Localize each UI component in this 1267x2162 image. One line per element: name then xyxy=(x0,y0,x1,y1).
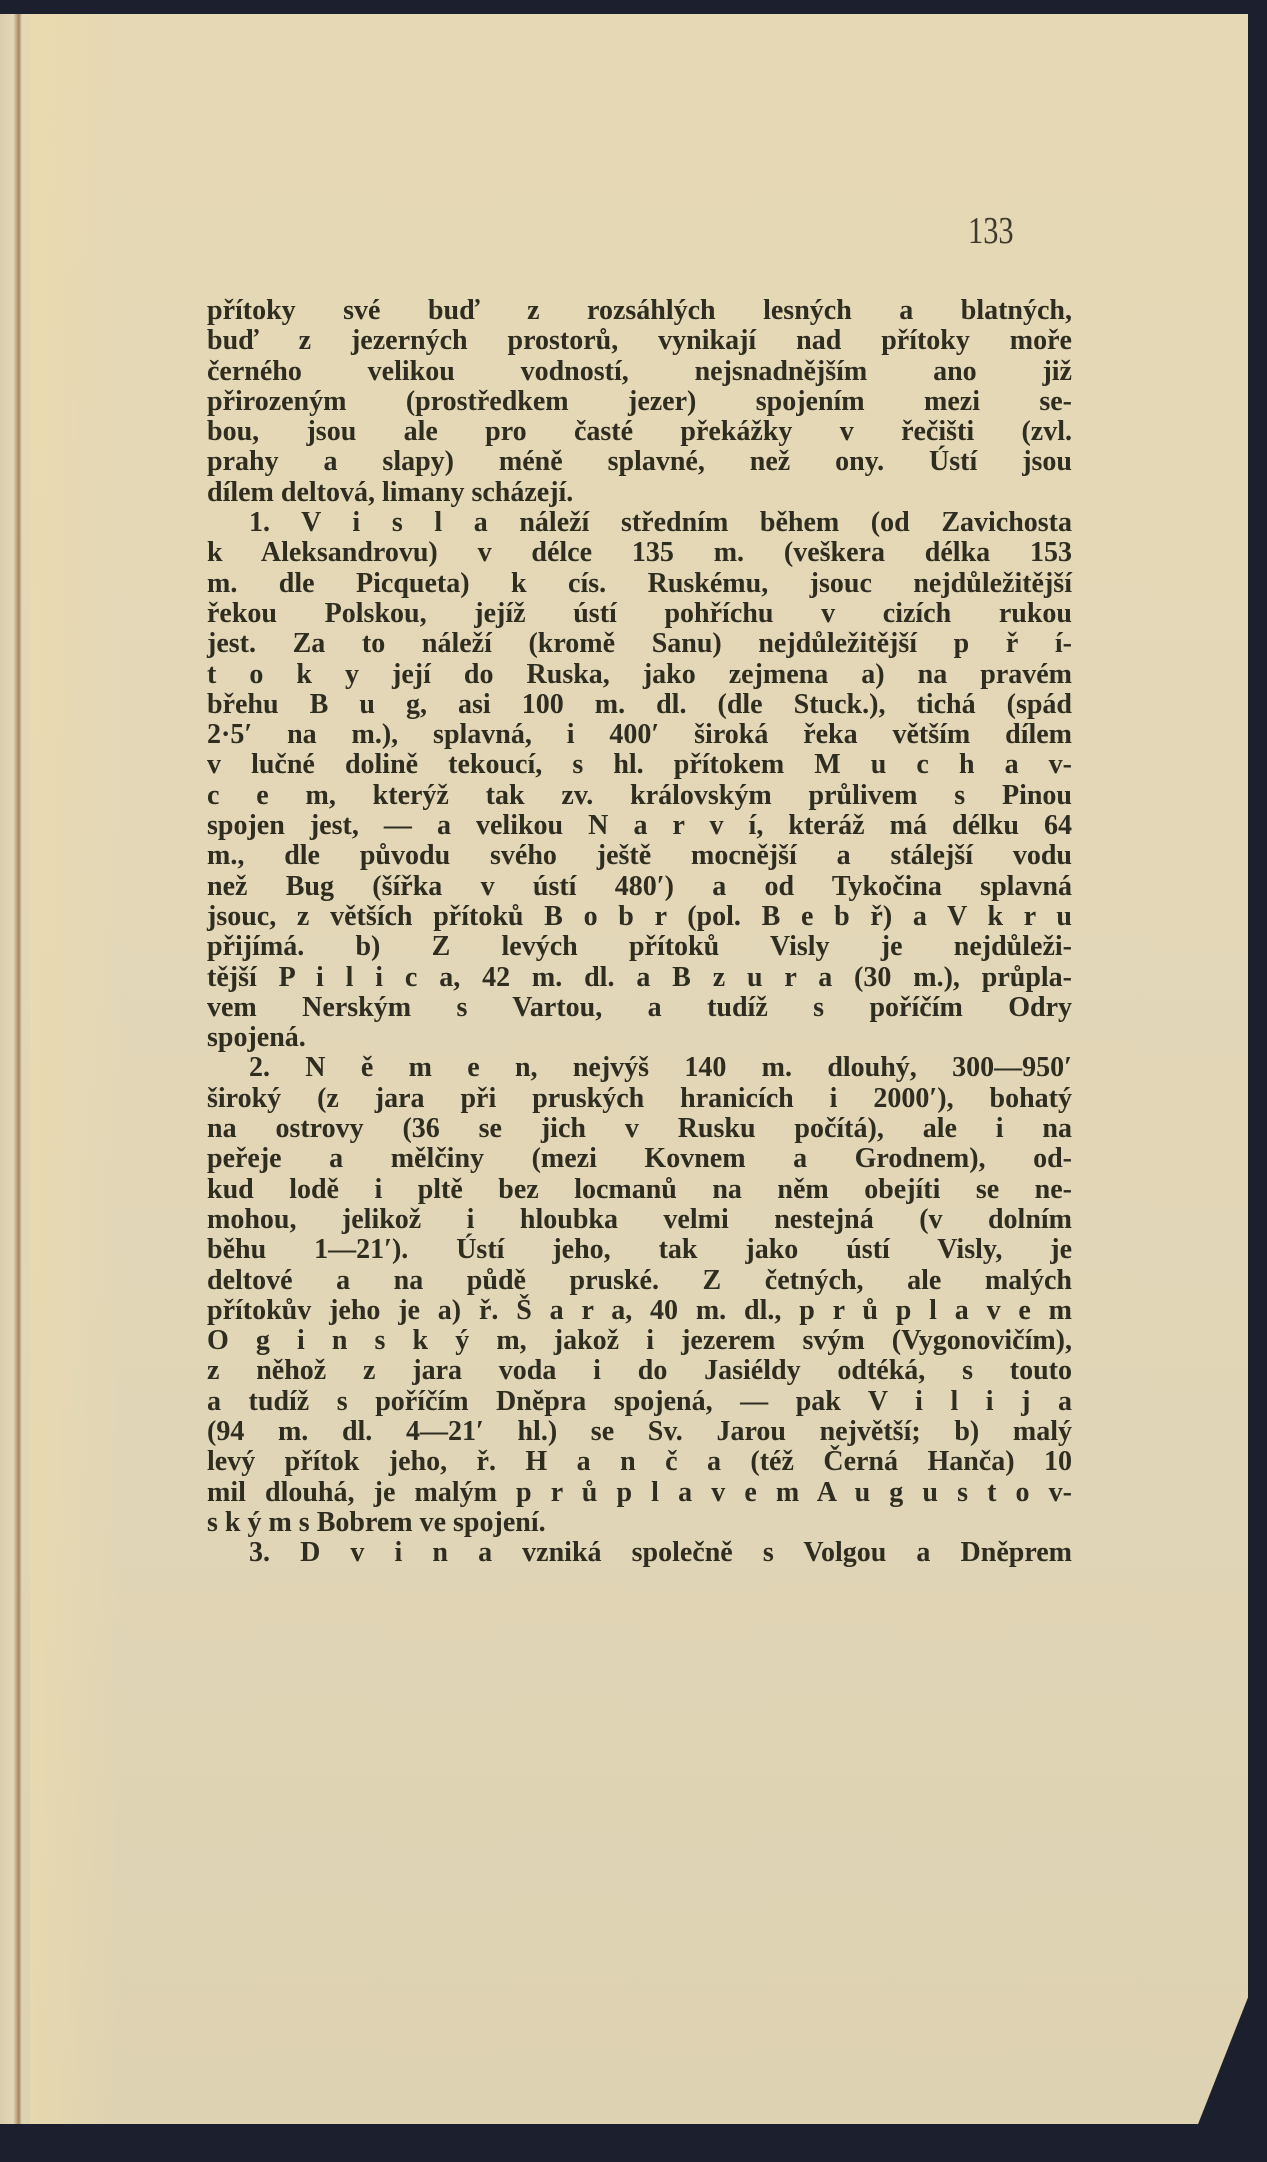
text-line: 1. V i s l a náleží středním během (od Z… xyxy=(207,508,1072,538)
text-line: O g i n s k ý m, jakož i jezerem svým (V… xyxy=(207,1326,1072,1356)
text-line: m. dle Picqueta) k cís. Ruskému, jsouc n… xyxy=(207,569,1072,599)
text-line: přirozeným (prostředkem jezer) spojením … xyxy=(207,387,1072,417)
text-line: prahy a slapy) méně splavné, než ony. Ús… xyxy=(207,447,1072,477)
body-text: přítoky své buď z rozsáhlých lesných a b… xyxy=(207,296,1072,1568)
text-line: m., dle původu svého ještě mocnější a st… xyxy=(207,841,1072,871)
text-line: deltové a na půdě pruské. Z četných, ale… xyxy=(207,1266,1072,1296)
text-line: kud lodě i pltě bez locmanů na něm obejí… xyxy=(207,1175,1072,1205)
text-line: běhu 1—21′). Ústí jeho, tak jako ústí Vi… xyxy=(207,1235,1072,1265)
text-line: buď z jezerných prostorů, vynikají nad p… xyxy=(207,326,1072,356)
text-line: přítokův jeho je a) ř. Š a r a, 40 m. dl… xyxy=(207,1296,1072,1326)
text-line: s k ý m s Bobrem ve spojení. xyxy=(207,1508,1072,1538)
text-line: 2. N ě m e n, nejvýš 140 m. dlouhý, 300—… xyxy=(207,1053,1072,1083)
text-line: černého velikou vodností, nejsnadnějším … xyxy=(207,357,1072,387)
text-line: než Bug (šířka v ústí 480′) a od Tykočin… xyxy=(207,872,1072,902)
text-line: k Aleksandrovu) v délce 135 m. (veškera … xyxy=(207,538,1072,568)
text-line: na ostrovy (36 se jich v Rusku počítá), … xyxy=(207,1114,1072,1144)
text-line: řekou Polskou, jejíž ústí pohříchu v ciz… xyxy=(207,599,1072,629)
text-line: t o k y její do Ruska, jako zejmena a) n… xyxy=(207,660,1072,690)
text-line: spojen jest, — a velikou N a r v í, kter… xyxy=(207,811,1072,841)
text-line: tější P i l i c a, 42 m. dl. a B z u r a… xyxy=(207,963,1072,993)
text-line: (94 m. dl. 4—21′ hl.) se Sv. Jarou nejvě… xyxy=(207,1417,1072,1447)
text-line: vem Nerským s Vartou, a tudíž s poříčím … xyxy=(207,993,1072,1023)
text-line: levý přítok jeho, ř. H a n č a (též Čern… xyxy=(207,1447,1072,1477)
text-line: jsouc, z větších přítoků B o b r (pol. B… xyxy=(207,902,1072,932)
text-line: mohou, jelikož i hloubka velmi nestejná … xyxy=(207,1205,1072,1235)
text-line: dílem deltová, limany scházejí. xyxy=(207,478,1072,508)
text-line: spojená. xyxy=(207,1023,1072,1053)
text-line: jest. Za to náleží (kromě Sanu) nejdůlež… xyxy=(207,629,1072,659)
text-line: mil dlouhá, je malým p r ů p l a v e m A… xyxy=(207,1478,1072,1508)
text-line: přítoky své buď z rozsáhlých lesných a b… xyxy=(207,296,1072,326)
text-line: a tudíž s poříčím Dněpra spojená, — pak … xyxy=(207,1387,1072,1417)
page-number: 133 xyxy=(968,209,1014,253)
text-line: přijímá. b) Z levých přítoků Visly je ne… xyxy=(207,932,1072,962)
text-line: bou, jsou ale pro časté překážky v řečiš… xyxy=(207,417,1072,447)
text-line: břehu B u g, asi 100 m. dl. (dle Stuck.)… xyxy=(207,690,1072,720)
book-page: 133 přítoky své buď z rozsáhlých lesných… xyxy=(0,14,1248,2124)
text-line: z něhož z jara voda i do Jasiéldy odtéká… xyxy=(207,1356,1072,1386)
text-line: 3. D v i n a vzniká společně s Volgou a … xyxy=(207,1538,1072,1568)
text-line: 2·5′ na m.), splavná, i 400′ široká řeka… xyxy=(207,720,1072,750)
text-line: c e m, kterýž tak zv. královským průlive… xyxy=(207,781,1072,811)
text-line: peřeje a mělčiny (mezi Kovnem a Grodnem)… xyxy=(207,1144,1072,1174)
text-line: široký (z jara při pruských hranicích i … xyxy=(207,1084,1072,1114)
text-line: v lučné dolině tekoucí, s hl. přítokem M… xyxy=(207,750,1072,780)
